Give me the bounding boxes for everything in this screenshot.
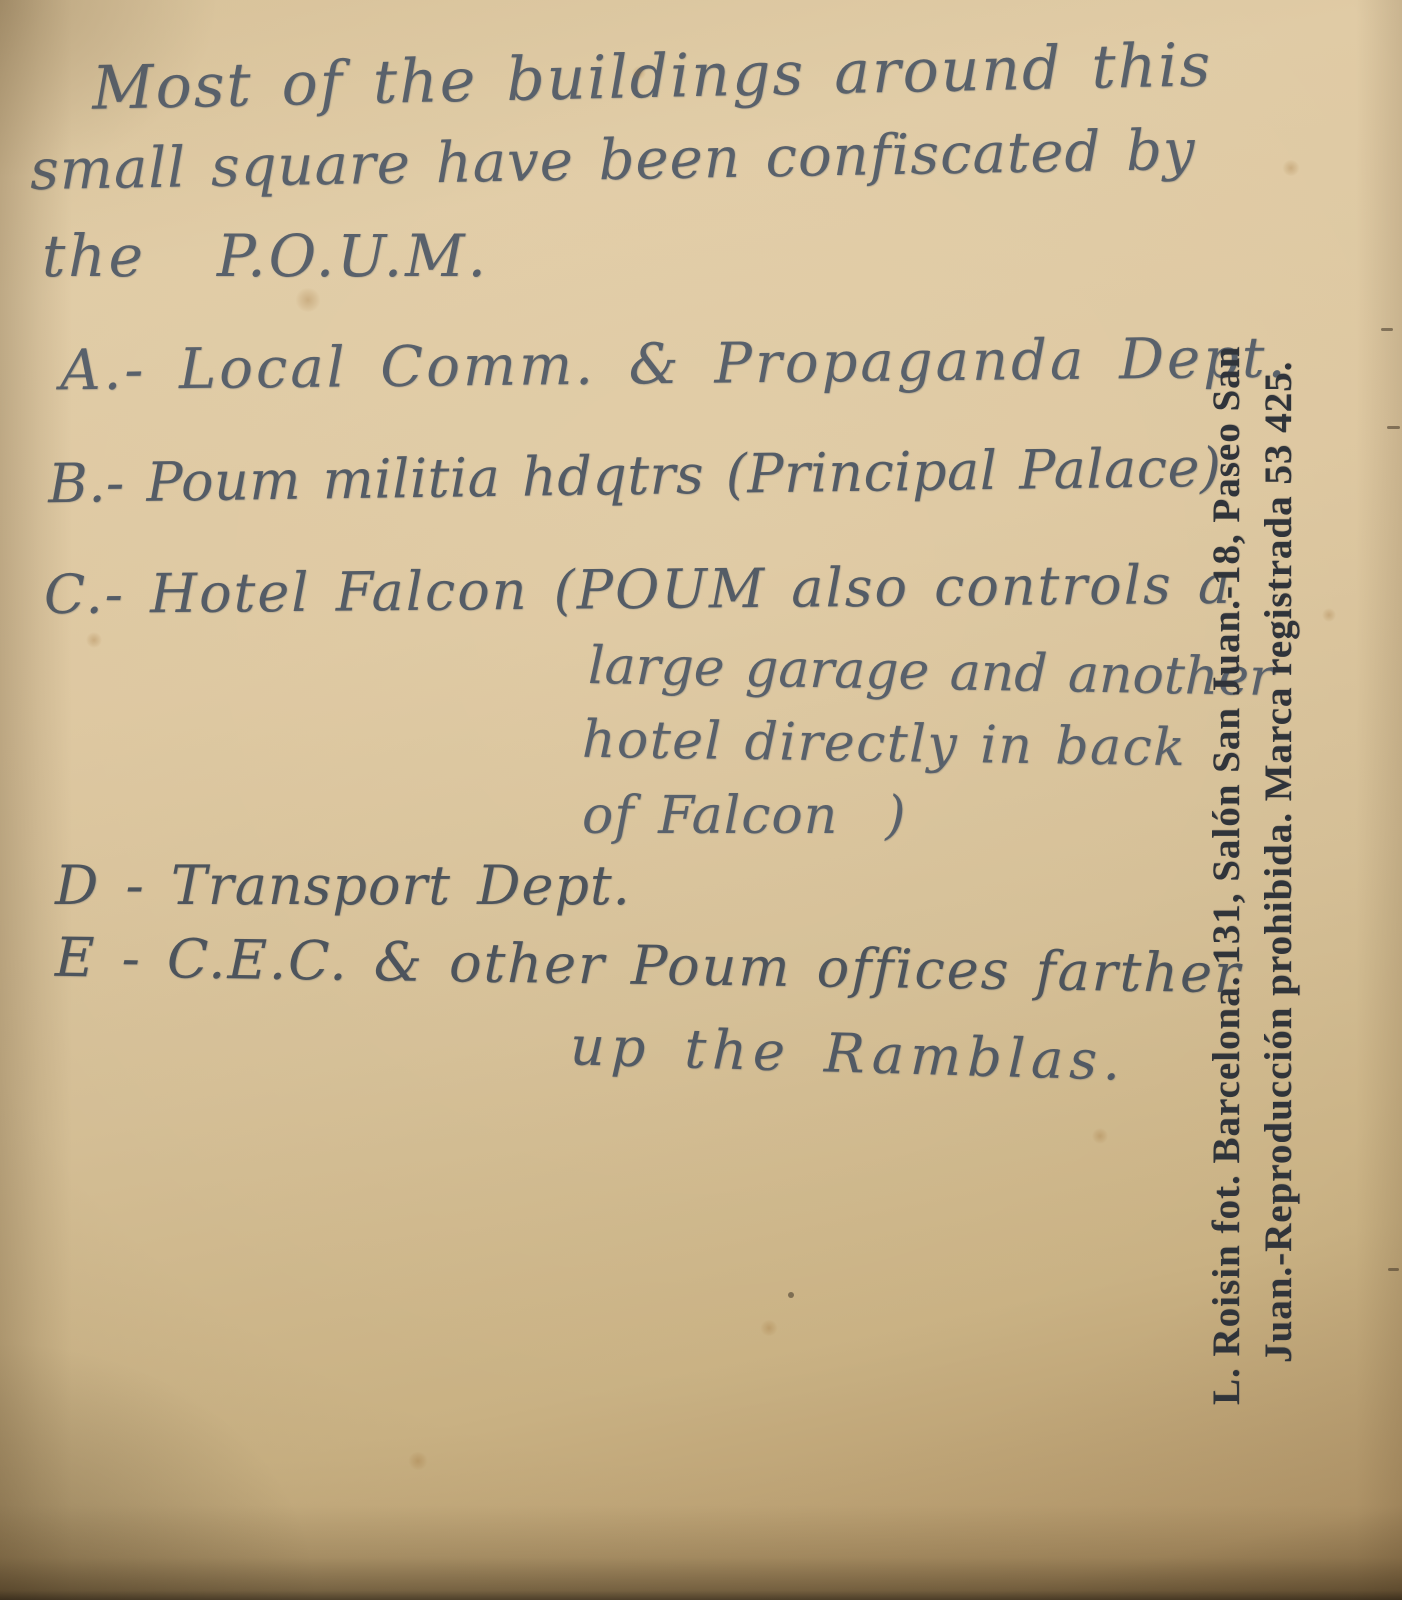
entry-d: D - Transport Dept. <box>55 854 631 917</box>
paper-shadow <box>1356 0 1402 1600</box>
paper-speck <box>1388 1268 1399 1271</box>
paper-stain <box>1322 608 1336 622</box>
note-intro-line-3: the P.O.U.M. <box>42 222 489 290</box>
paper-stain <box>408 1452 428 1470</box>
entry-c-continuation-2: hotel directly in back <box>582 710 1187 778</box>
paper-stain <box>760 1320 778 1336</box>
entry-c-continuation-1: large garage and another <box>588 636 1275 708</box>
note-intro-line-2: small square have been confiscated by <box>30 118 1197 203</box>
paper-speck <box>1387 426 1400 429</box>
postcard-back: Most of the buildings around this small … <box>0 0 1402 1600</box>
paper-speck <box>1381 328 1393 331</box>
paper-stain <box>1092 1128 1108 1144</box>
note-intro-line-1: Most of the buildings around this <box>91 30 1213 123</box>
paper-speck <box>788 1292 794 1298</box>
imprint-line-2: Juan.-Reproducción prohibida. Marca regi… <box>1253 165 1305 1405</box>
entry-c-continuation-3: of Falcon ) <box>582 786 907 846</box>
photographer-imprint: L. Roisin fot. Barcelona. 131, Salón San… <box>1201 165 1311 1425</box>
entry-c: C.- Hotel Falcon (POUM also controls a <box>44 553 1233 626</box>
imprint-line-1: L. Roisin fot. Barcelona. 131, Salón San… <box>1201 165 1253 1405</box>
entry-b: B.- Poum militia hdqtrs (Principal Palac… <box>48 436 1222 515</box>
entry-e-continuation: up the Ramblas. <box>569 1014 1127 1093</box>
paper-shadow <box>0 1505 1402 1600</box>
paper-stain <box>86 632 102 648</box>
paper-shadow <box>0 1340 320 1600</box>
entry-e: E - C.E.C. & other Poum offices farther <box>55 926 1243 1006</box>
entry-a: A.- Local Comm. & Propaganda Dept. <box>60 326 1289 404</box>
paper-stain <box>295 288 321 312</box>
